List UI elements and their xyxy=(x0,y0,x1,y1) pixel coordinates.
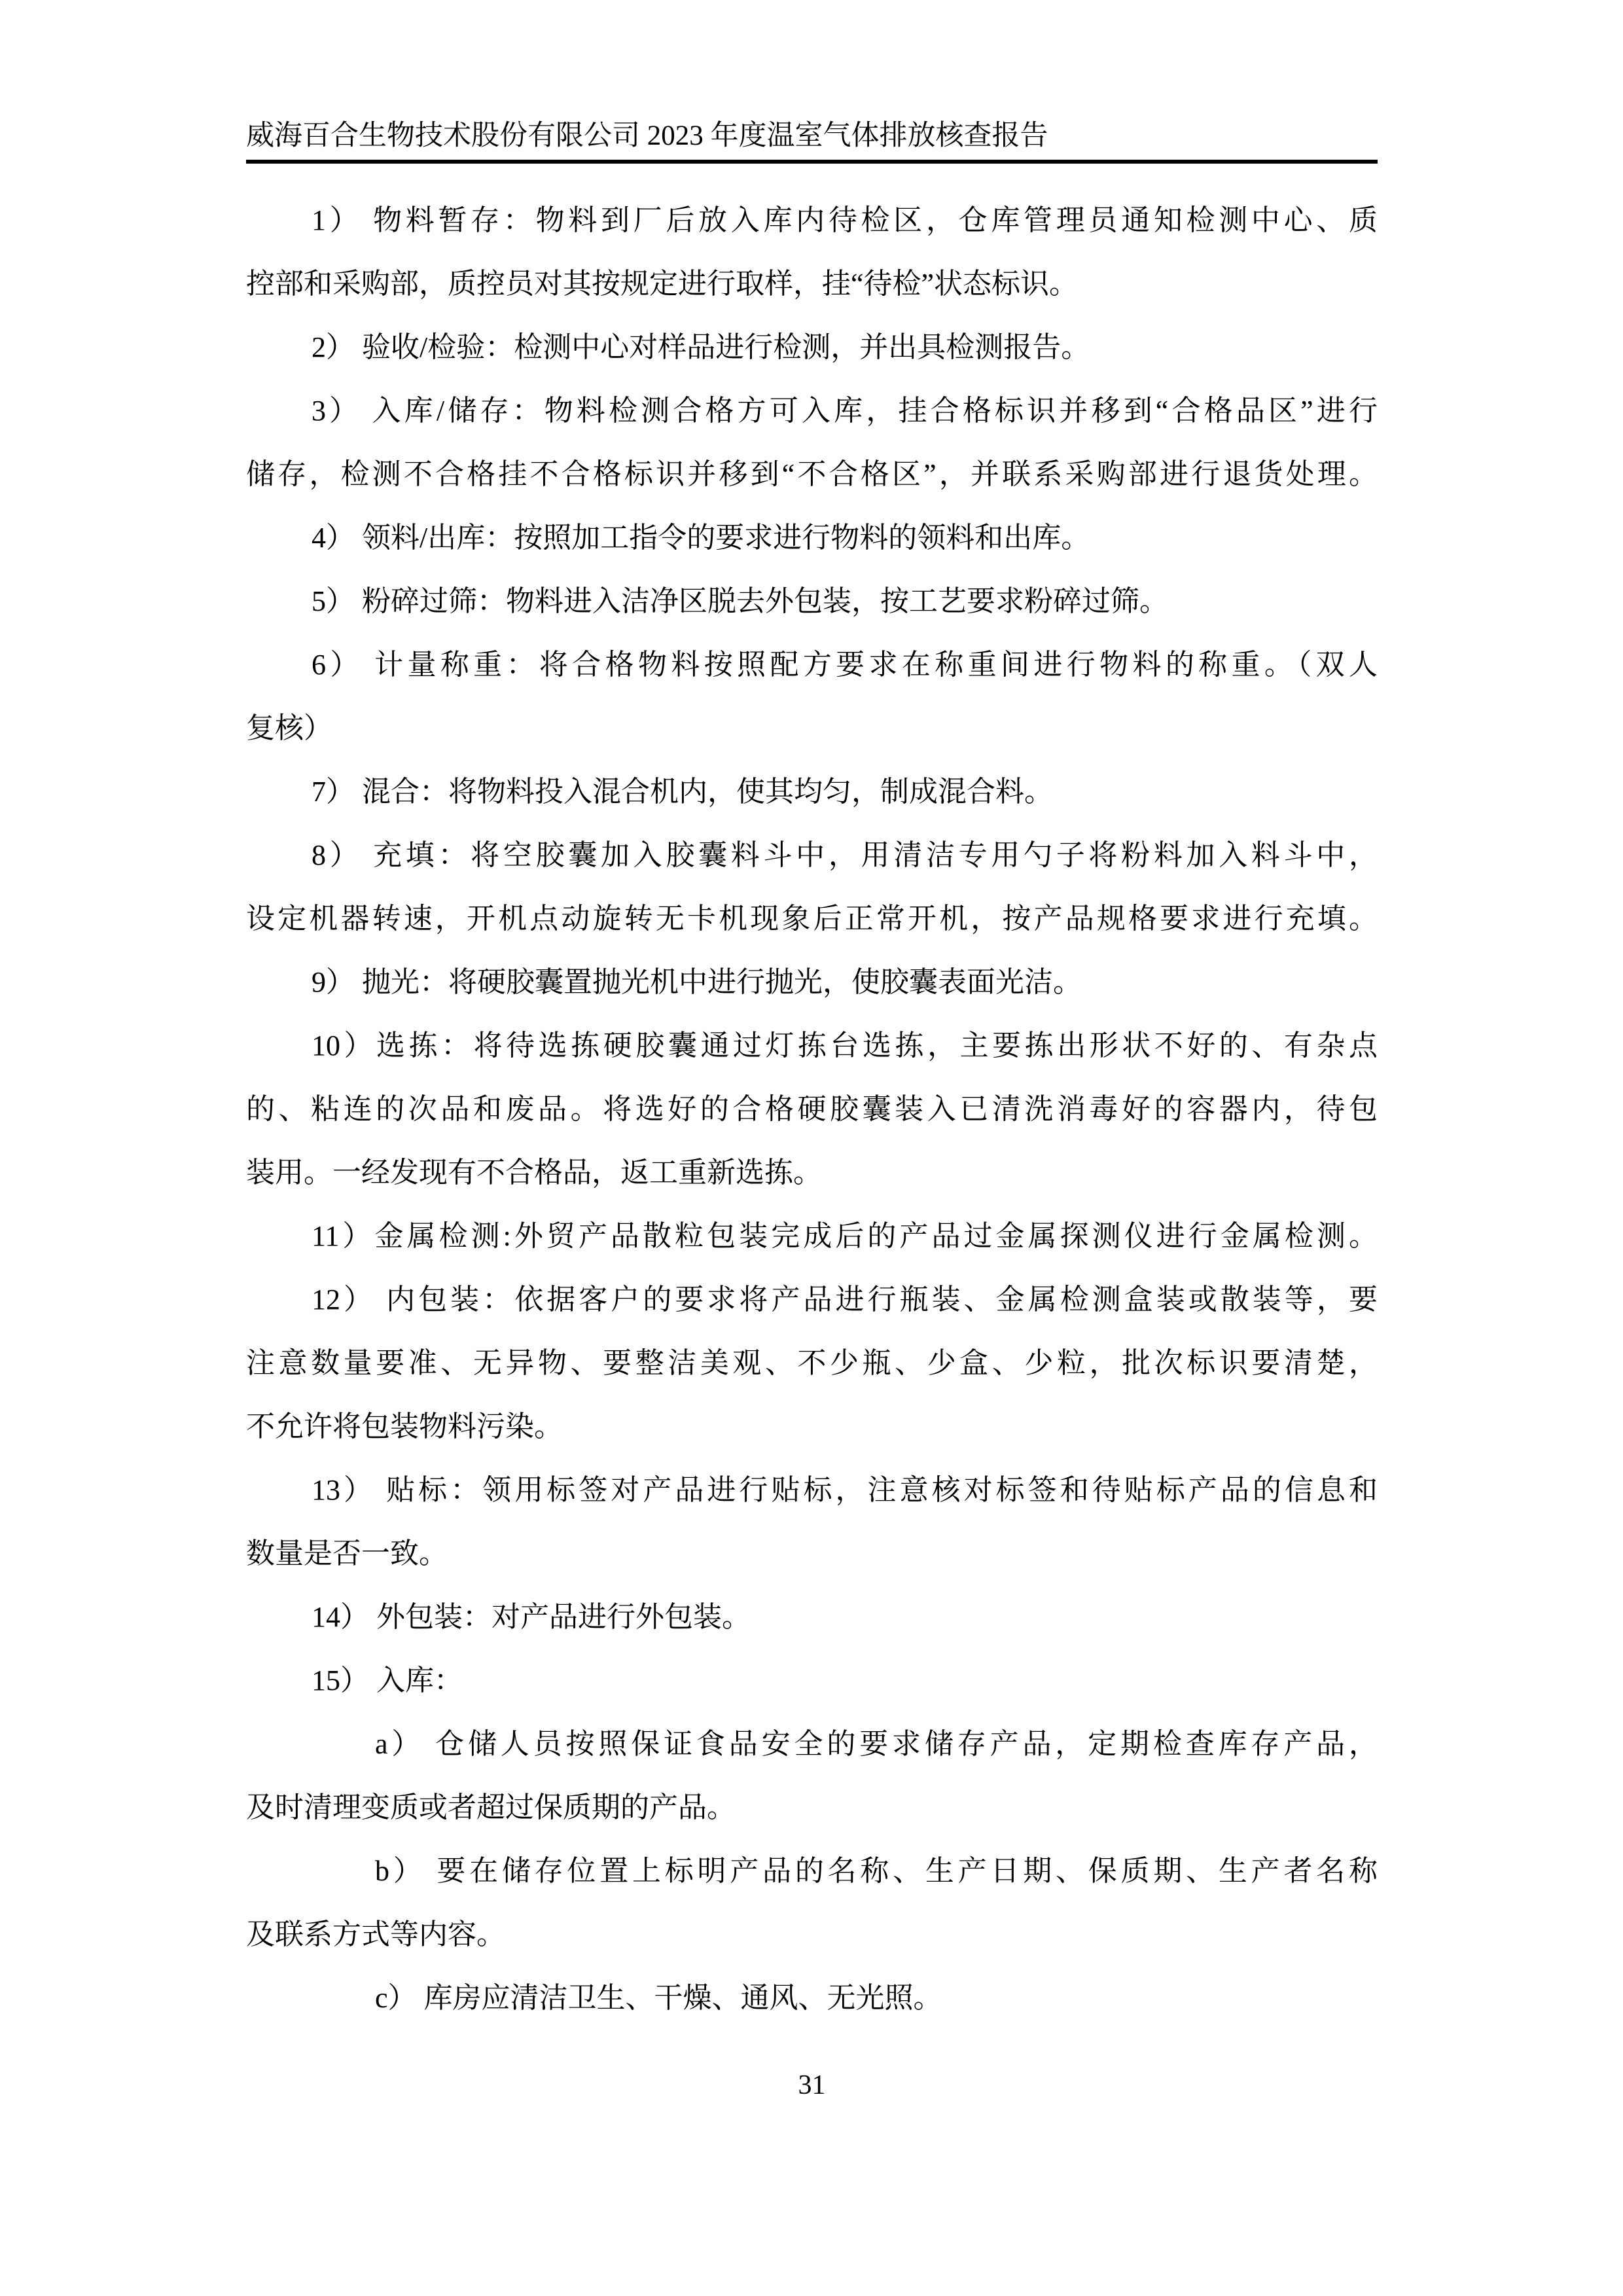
page-header-title: 威海百合生物技术股份有限公司 2023 年度温室气体排放核查报告 xyxy=(246,118,1048,154)
document-page: 威海百合生物技术股份有限公司 2023 年度温室气体排放核查报告 1） 物料暂存… xyxy=(0,0,1623,2296)
text-line: 12） 内包装：依据客户的要求将产品进行瓶装、金属检测盒装或散装等，要 xyxy=(246,1268,1378,1331)
text-line: a） 仓储人员按照保证食品安全的要求储存产品，定期检查库存产品， xyxy=(246,1712,1378,1776)
header-rule-divider xyxy=(246,160,1378,164)
page-number: 31 xyxy=(246,2070,1378,2101)
text-line: 设定机器转速，开机点动旋转无卡机现象后正常开机，按产品规格要求进行充填。 xyxy=(246,887,1378,950)
text-line: 5） 粉碎过筛：物料进入洁净区脱去外包装，按工艺要求粉碎过筛。 xyxy=(246,569,1378,633)
text-line: 6） 计量称重：将合格物料按照配方要求在称重间进行物料的称重。（双人 xyxy=(246,633,1378,696)
text-line: 不允许将包装物料污染。 xyxy=(246,1395,1378,1458)
text-line: 8） 充填：将空胶囊加入胶囊料斗中，用清洁专用勺子将粉料加入料斗中， xyxy=(246,823,1378,887)
document-body: 1） 物料暂存：物料到厂后放入库内待检区，仓库管理员通知检测中心、质控部和采购部… xyxy=(246,188,1378,2030)
text-line: 的、粘连的次品和废品。将选好的合格硬胶囊装入已清洗消毒好的容器内，待包 xyxy=(246,1077,1378,1141)
text-line: 2） 验收/检验：检测中心对样品进行检测，并出具检测报告。 xyxy=(246,315,1378,379)
text-line: 及时清理变质或者超过保质期的产品。 xyxy=(246,1776,1378,1839)
text-line: 4） 领料/出库：按照加工指令的要求进行物料的领料和出库。 xyxy=(246,506,1378,569)
text-line: 11）金属检测:外贸产品散粒包装完成后的产品过金属探测仪进行金属检测。 xyxy=(246,1204,1378,1268)
text-line: 注意数量要准、无异物、要整洁美观、不少瓶、少盒、少粒，批次标识要清楚， xyxy=(246,1331,1378,1395)
text-line: 装用。一经发现有不合格品，返工重新选拣。 xyxy=(246,1141,1378,1204)
text-line: 7） 混合：将物料投入混合机内，使其均匀，制成混合料。 xyxy=(246,760,1378,823)
text-line: c） 库房应清洁卫生、干燥、通风、无光照。 xyxy=(246,1966,1378,2030)
text-line: 及联系方式等内容。 xyxy=(246,1903,1378,1966)
text-line: 13） 贴标：领用标签对产品进行贴标，注意核对标签和待贴标产品的信息和 xyxy=(246,1458,1378,1522)
text-line: b） 要在储存位置上标明产品的名称、生产日期、保质期、生产者名称 xyxy=(246,1839,1378,1903)
text-line: 10）选拣：将待选拣硬胶囊通过灯拣台选拣，主要拣出形状不好的、有杂点 xyxy=(246,1014,1378,1077)
text-line: 14） 外包装：对产品进行外包装。 xyxy=(246,1585,1378,1649)
text-line: 储存，检测不合格挂不合格标识并移到“不合格区”，并联系采购部进行退货处理。 xyxy=(246,442,1378,506)
text-line: 控部和采购部，质控员对其按规定进行取样，挂“待检”状态标识。 xyxy=(246,252,1378,315)
text-line: 9） 抛光：将硬胶囊置抛光机中进行抛光，使胶囊表面光洁。 xyxy=(246,950,1378,1014)
text-line: 3） 入库/储存：物料检测合格方可入库，挂合格标识并移到“合格品区”进行 xyxy=(246,379,1378,442)
text-line: 复核） xyxy=(246,696,1378,760)
text-line: 数量是否一致。 xyxy=(246,1522,1378,1585)
text-line: 1） 物料暂存：物料到厂后放入库内待检区，仓库管理员通知检测中心、质 xyxy=(246,188,1378,252)
text-line: 15） 入库： xyxy=(246,1649,1378,1712)
